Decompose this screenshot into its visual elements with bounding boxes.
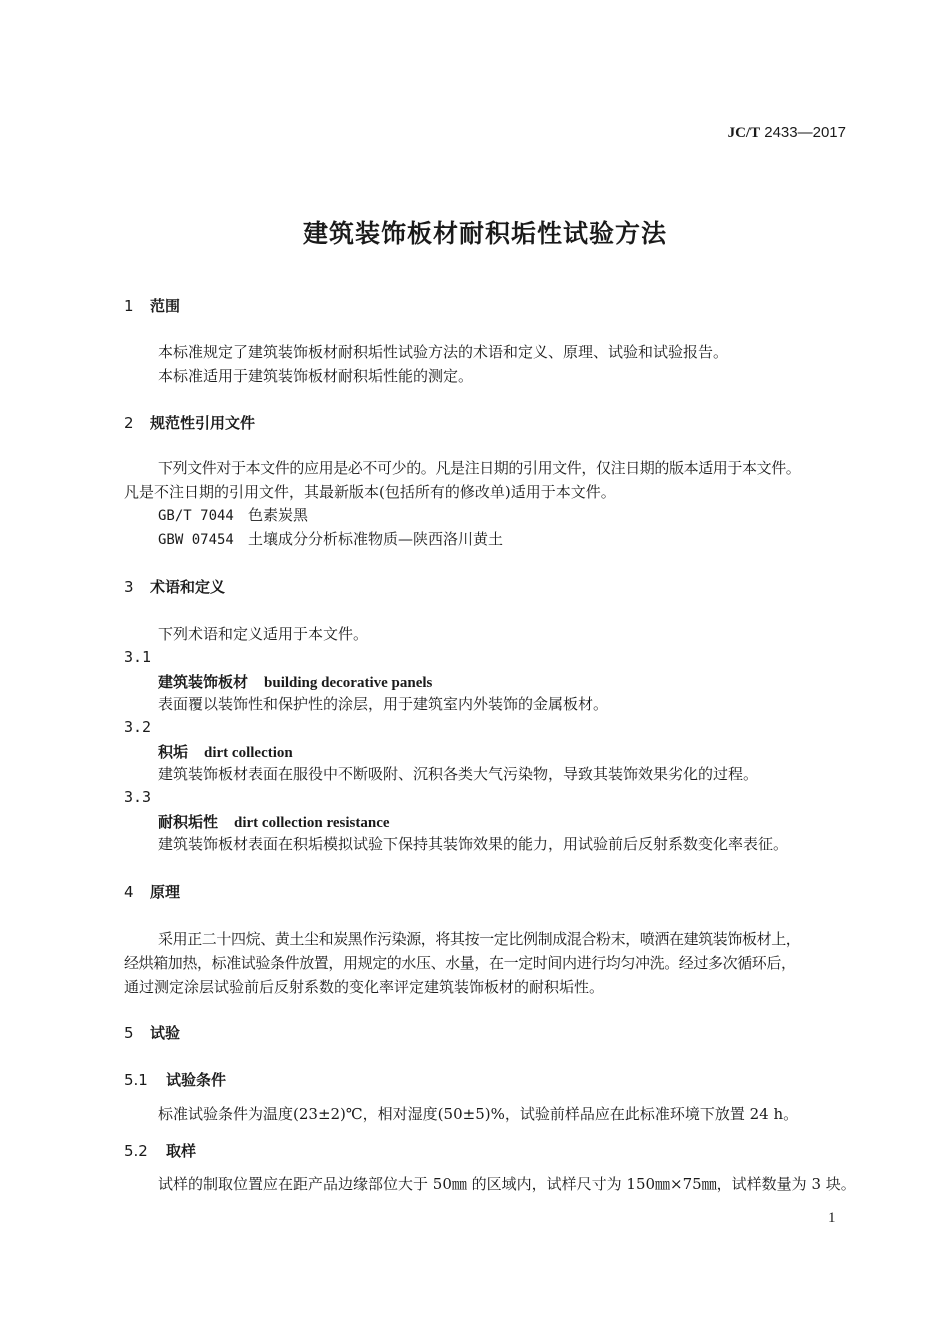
section-number: 5	[124, 1024, 150, 1042]
subsection-number: 5.2	[124, 1142, 166, 1160]
term-zh: 建筑装饰板材	[158, 673, 248, 691]
section-number: 3	[124, 578, 150, 596]
reference-code: GB/T 7044	[158, 508, 248, 524]
term-number: 3.1	[124, 648, 151, 666]
term-number: 3.3	[124, 788, 151, 806]
document-title: 建筑装饰板材耐积垢性试验方法	[0, 214, 950, 250]
paragraph: 标准试验条件为温度(23±2)℃，相对湿度(50±5)%，试验前样品应在此标准环…	[158, 1102, 798, 1126]
term-heading: 积垢dirt collection	[158, 741, 293, 762]
term-en: building decorative panels	[264, 675, 432, 691]
section-title: 规范性引用文件	[150, 414, 255, 432]
term-definition: 建筑装饰板材表面在服役中不断吸附、沉积各类大气污染物，导致其装饰效果劣化的过程。	[158, 762, 758, 786]
term-zh: 耐积垢性	[158, 813, 218, 831]
standard-code: JC/T 2433—2017	[728, 124, 846, 142]
reference-title: 土壤成分分析标准物质—陕西洛川黄土	[248, 530, 503, 548]
paragraph: 下列文件对于本文件的应用是必不可少的。凡是注日期的引用文件，仅注日期的版本适用于…	[158, 456, 800, 480]
reference-title: 色素炭黑	[248, 506, 308, 524]
section-title: 原理	[150, 883, 180, 901]
term-en: dirt collection resistance	[234, 815, 390, 831]
reference-code: GBW 07454	[158, 532, 248, 548]
term-zh: 积垢	[158, 743, 188, 761]
section-heading-3: 3术语和定义	[124, 576, 225, 597]
section-heading-1: 1范围	[124, 295, 180, 316]
paragraph: 下列术语和定义适用于本文件。	[158, 622, 368, 646]
term-number: 3.2	[124, 718, 151, 736]
paragraph-line: 通过测定涂层试验前后反射系数的变化率评定建筑装饰板材的耐积垢性。	[124, 975, 604, 999]
term-definition: 建筑装饰板材表面在积垢模拟试验下保持其装饰效果的能力，用试验前后反射系数变化率表…	[158, 832, 788, 856]
paragraph: 本标准适用于建筑装饰板材耐积垢性能的测定。	[158, 364, 473, 388]
section-heading-5: 5试验	[124, 1022, 180, 1043]
subsection-title: 取样	[166, 1142, 196, 1160]
standard-prefix: JC/T	[728, 125, 761, 141]
section-number: 2	[124, 414, 150, 432]
term-heading: 建筑装饰板材building decorative panels	[158, 671, 432, 692]
section-title: 范围	[150, 297, 180, 315]
paragraph: 本标准规定了建筑装饰板材耐积垢性试验方法的术语和定义、原理、试验和试验报告。	[158, 340, 728, 364]
page-number: 1	[828, 1210, 836, 1227]
term-heading: 耐积垢性dirt collection resistance	[158, 811, 390, 832]
subsection-heading-5-1: 5.1试验条件	[124, 1069, 226, 1090]
section-title: 术语和定义	[150, 578, 225, 596]
section-title: 试验	[150, 1024, 180, 1042]
section-heading-2: 2规范性引用文件	[124, 412, 255, 433]
term-definition: 表面覆以装饰性和保护性的涂层，用于建筑室内外装饰的金属板材。	[158, 692, 608, 716]
subsection-number: 5.1	[124, 1071, 166, 1089]
paragraph-line: 采用正二十四烷、黄土尘和炭黑作污染源，将其按一定比例制成混合粉末，喷洒在建筑装饰…	[158, 927, 800, 951]
paragraph-line: 经烘箱加热，标准试验条件放置，用规定的水压、水量，在一定时间内进行均匀冲洗。经过…	[124, 951, 796, 975]
subsection-heading-5-2: 5.2取样	[124, 1140, 196, 1161]
standard-number: 2433—2017	[764, 124, 846, 141]
paragraph: 凡是不注日期的引用文件，其最新版本(包括所有的修改单)适用于本文件。	[124, 480, 616, 504]
reference-item: GB/T 7044色素炭黑	[158, 504, 308, 525]
reference-item: GBW 07454土壤成分分析标准物质—陕西洛川黄土	[158, 528, 503, 549]
subsection-title: 试验条件	[166, 1071, 226, 1089]
section-number: 1	[124, 297, 150, 315]
paragraph: 试样的制取位置应在距产品边缘部位大于 50㎜ 的区域内，试样尺寸为 150㎜×7…	[158, 1172, 856, 1196]
section-number: 4	[124, 883, 150, 901]
term-en: dirt collection	[204, 745, 293, 761]
section-heading-4: 4原理	[124, 881, 180, 902]
